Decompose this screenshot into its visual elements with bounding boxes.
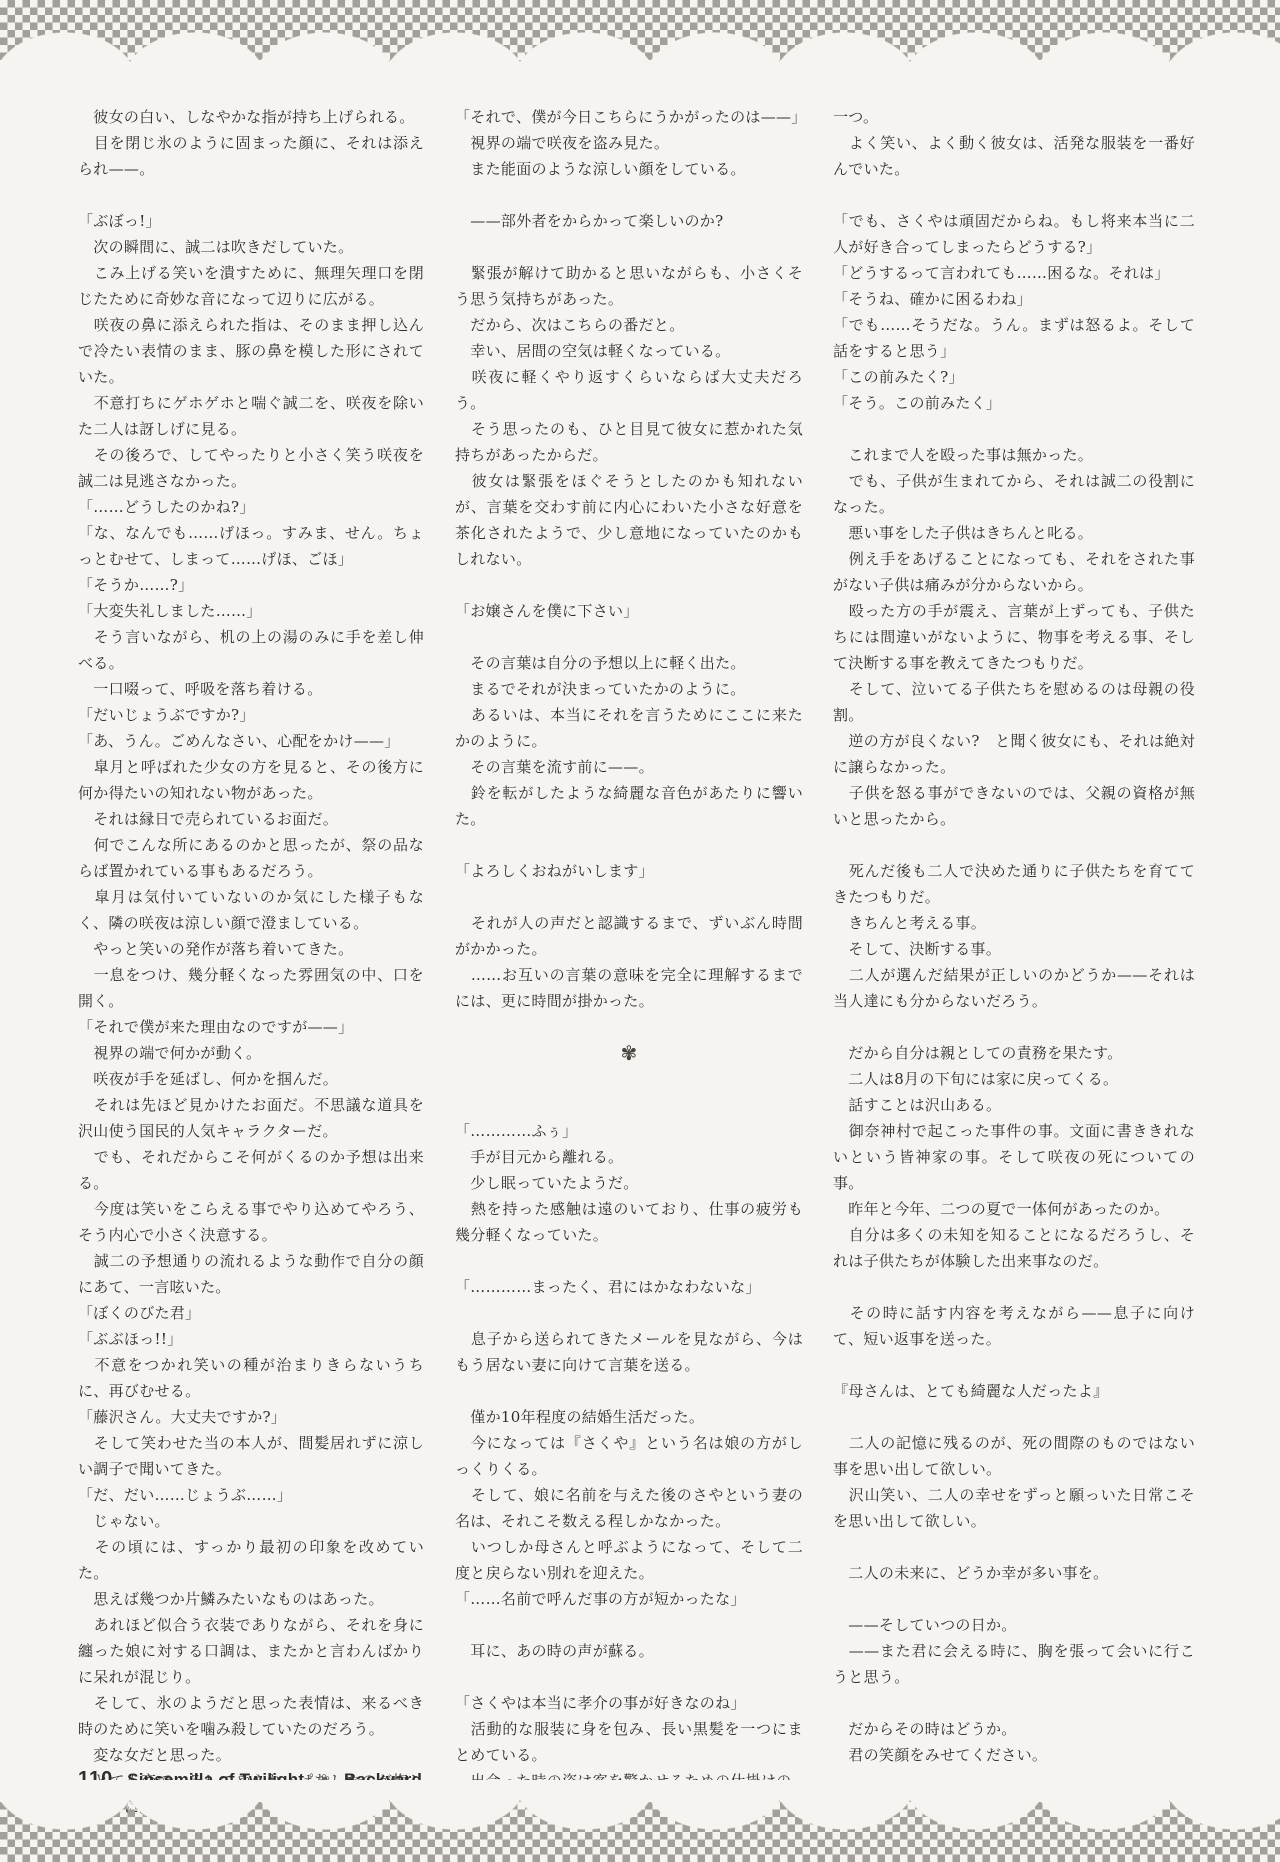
- paragraph: そして、泣いてる子供たちを慰めるのは母親の役割。: [833, 676, 1195, 728]
- paragraph: 「でも……そうだな。うん。まずは怒るよ。そして話をすると思う」: [833, 312, 1195, 364]
- paragraph: 殴った方の手が震え、言葉が上ずっても、子供たちには間違いがないように、物事を考え…: [833, 598, 1195, 676]
- paragraph: 思えば幾つか片鱗みたいなものはあった。: [78, 1586, 424, 1612]
- paragraph-gap: [833, 1352, 1195, 1378]
- paragraph: 「お嬢さんを僕に下さい」: [455, 598, 803, 624]
- paragraph: 緊張が解けて助かると思いながらも、小さくそう思う気持ちがあった。: [455, 260, 803, 312]
- paragraph: そして、娘に名前を与えた後のさやという妻の名は、それこそ数える程しかなかった。: [455, 1482, 803, 1534]
- paragraph: 視界の端で何かが動く。: [78, 1040, 424, 1066]
- paragraph-gap: [455, 234, 803, 260]
- paragraph: 「だいじょうぶですか?」: [78, 702, 424, 728]
- paragraph-gap: [455, 1612, 803, 1638]
- paragraph-gap: [833, 1534, 1195, 1560]
- paragraph-gap: [833, 1586, 1195, 1612]
- paragraph: その言葉を流す前に——。: [455, 754, 803, 780]
- paragraph-gap: [78, 182, 424, 208]
- paragraph: 「藤沢さん。大丈夫ですか?」: [78, 1404, 424, 1430]
- paragraph: 「…………まったく、君にはかなわないな」: [455, 1274, 803, 1300]
- paragraph: 「それで、僕が今日こちらにうかがったのは——」: [455, 104, 803, 130]
- paragraph: 熱を持った感触は遠のいており、仕事の疲労も幾分軽くなっていた。: [455, 1196, 803, 1248]
- paragraph: 一つ。: [833, 104, 1195, 130]
- paragraph: 変な女だと思った。: [78, 1742, 424, 1768]
- paragraph: そして笑わせた当の本人が、間髪居れずに涼しい調子で聞いてきた。: [78, 1430, 424, 1482]
- paragraph: 不意打ちにゲホゲホと喘ぐ誠二を、咲夜を除いた二人は訝しげに見る。: [78, 390, 424, 442]
- paragraph: 手が目元から離れる。: [455, 1144, 803, 1170]
- paragraph-gap: [455, 1378, 803, 1404]
- paragraph-gap: [833, 1404, 1195, 1430]
- paragraph-gap: [833, 1014, 1195, 1040]
- paragraph: その頃には、すっかり最初の印象を改めていた。: [78, 1534, 424, 1586]
- paragraph: 息子から送られてきたメールを見ながら、今はもう居ない妻に向けて言葉を送る。: [455, 1326, 803, 1378]
- paragraph: でも、子供が生まれてから、それは誠二の役割になった。: [833, 468, 1195, 520]
- paragraph: 咲夜が手を延ばし、何かを掴んだ。: [78, 1066, 424, 1092]
- paragraph: 何でこんな所にあるのかと思ったが、祭の品ならば置かれている事もあるだろう。: [78, 832, 424, 884]
- paragraph: 目を閉じ氷のように固まった顔に、それは添えられ——。: [78, 130, 424, 182]
- paragraph: 「さくやは本当に孝介の事が好きなのね」: [455, 1690, 803, 1716]
- paragraph: 「この前みたく?」: [833, 364, 1195, 390]
- paragraph: じゃない。: [78, 1508, 424, 1534]
- text-column-right: 一つ。 よく笑い、よく動く彼女は、活発な服装を一番好んでいた。「でも、さくやは頑…: [833, 104, 1195, 1768]
- paragraph: でも、それだからこそ何がくるのか予想は出来る。: [78, 1144, 424, 1196]
- paragraph: 死んだ後も二人で決めた通りに子供たちを育ててきたつもりだ。: [833, 858, 1195, 910]
- paragraph: ——また君に会える時に、胸を張って会いに行こうと思う。: [833, 1638, 1195, 1690]
- paragraph-gap: [455, 884, 803, 910]
- paragraph: 「どうするって言われても……困るな。それは」: [833, 260, 1195, 286]
- paragraph: 逆の方が良くない? と聞く彼女にも、それは絶対に譲らなかった。: [833, 728, 1195, 780]
- paragraph: いつしか母さんと呼ぶようになって、そして二度と戻らない別れを迎えた。: [455, 1534, 803, 1586]
- paragraph: 視界の端で咲夜を盗み見た。: [455, 130, 803, 156]
- paragraph: 「そうか……?」: [78, 572, 424, 598]
- paragraph: そう思ったのも、ひと目見て彼女に惹かれた気持ちがあったからだ。: [455, 416, 803, 468]
- paragraph: そう言いながら、机の上の湯のみに手を差し伸べる。: [78, 624, 424, 676]
- paragraph: 沢山笑い、二人の幸せをずっと願っいた日常こそを思い出して欲しい。: [833, 1482, 1195, 1534]
- paragraph-gap: [455, 1664, 803, 1690]
- text-column-middle: 「それで、僕が今日こちらにうかがったのは——」 視界の端で咲夜を盗み見た。 また…: [455, 104, 803, 1794]
- paragraph-gap: [455, 1092, 803, 1118]
- paragraph: 「大変失礼しました……」: [78, 598, 424, 624]
- lace-border-bottom: [0, 1796, 1280, 1862]
- paragraph: 「な、なんでも……げほっ。すみま、せん。ちょっとむせて、しまって……げほ、ごほ」: [78, 520, 424, 572]
- paragraph: 幸い、居間の空気は軽くなっている。: [455, 338, 803, 364]
- paragraph: 鈴を転がしたような綺麗な音色があたりに響いた。: [455, 780, 803, 832]
- paragraph: 二人の未来に、どうか幸が多い事を。: [833, 1560, 1195, 1586]
- paragraph: だから自分は親としての責務を果たす。: [833, 1040, 1195, 1066]
- paragraph: だから、次はこちらの番だと。: [455, 312, 803, 338]
- paragraph-gap: [455, 572, 803, 598]
- paragraph: きちんと考える事。: [833, 910, 1195, 936]
- paragraph: ——部外者をからかって楽しいのか?: [455, 208, 803, 234]
- paragraph: 二人は8月の下旬には家に戻ってくる。: [833, 1066, 1195, 1092]
- paragraph: 咲夜に軽くやり返すくらいならば大丈夫だろう。: [455, 364, 803, 416]
- paragraph: まるでそれが決まっていたかのように。: [455, 676, 803, 702]
- paragraph-gap: [455, 182, 803, 208]
- paragraph: やっと笑いの発作が落ち着いてきた。: [78, 936, 424, 962]
- paragraph: 耳に、あの時の声が蘇る。: [455, 1638, 803, 1664]
- paragraph: 少し眠っていたようだ。: [455, 1170, 803, 1196]
- paragraph: 一息をつけ、幾分軽くなった雰囲気の中、口を開く。: [78, 962, 424, 1014]
- paragraph: 皐月と呼ばれた少女の方を見ると、その後方に何か得たいの知れない物があった。: [78, 754, 424, 806]
- paragraph-gap: [455, 1248, 803, 1274]
- paragraph: 「そう。この前みたく」: [833, 390, 1195, 416]
- paragraph: 今度は笑いをこらえる事でやり込めてやろう、そう内心で小さく決意する。: [78, 1196, 424, 1248]
- paragraph: 御奈神村で起こった事件の事。文面に書ききれないという皆神家の事。そして咲夜の死に…: [833, 1118, 1195, 1196]
- paragraph: その言葉は自分の予想以上に軽く出た。: [455, 650, 803, 676]
- paragraph-gap: [455, 624, 803, 650]
- paragraph: そして、決断する事。: [833, 936, 1195, 962]
- paragraph: よく笑い、よく動く彼女は、活発な服装を一番好んでいた。: [833, 130, 1195, 182]
- paragraph: 君の笑顔をみせてください。: [833, 1742, 1195, 1768]
- paragraph: 「ぶぶほっ!!」: [78, 1326, 424, 1352]
- paragraph: 「……名前で呼んだ事の方が短かったな」: [455, 1586, 803, 1612]
- paragraph: 皐月は気付いていないのか気にした様子もなく、隣の咲夜は涼しい顔で澄ましている。: [78, 884, 424, 936]
- text-column-left: 彼女の白い、しなやかな指が持ち上げられる。 目を閉じ氷のように固まった顔に、それ…: [78, 104, 424, 1820]
- paragraph-gap: [455, 832, 803, 858]
- paragraph-gap: [833, 416, 1195, 442]
- paragraph: 不意をつかれ笑いの種が治まりきらないうちに、再びむせる。: [78, 1352, 424, 1404]
- paragraph: 自分は多くの未知を知ることになるだろうし、それは子供たちが体験した出来事なのだ。: [833, 1222, 1195, 1274]
- paragraph: 話すことは沢山ある。: [833, 1092, 1195, 1118]
- paragraph: あるいは、本当にそれを言うためにここに来たかのように。: [455, 702, 803, 754]
- paragraph: その時に話す内容を考えながら——息子に向けて、短い返事を送った。: [833, 1300, 1195, 1352]
- paragraph: そして、氷のようだと思った表情は、来るべき時のために笑いを噛み殺していたのだろう…: [78, 1690, 424, 1742]
- paragraph: 『母さんは、とても綺麗な人だったよ』: [833, 1378, 1195, 1404]
- paragraph: それは縁日で売られているお面だ。: [78, 806, 424, 832]
- paragraph: 「そうね、確かに困るわね」: [833, 286, 1195, 312]
- paragraph: 彼女は緊張をほぐそうとしたのかも知れないが、言葉を交わす前に内心にわいた小さな好…: [455, 468, 803, 572]
- paragraph: 「あ、うん。ごめんなさい、心配をかけ——」: [78, 728, 424, 754]
- paragraph-gap: [455, 1300, 803, 1326]
- paragraph: 「……どうしたのかね?」: [78, 494, 424, 520]
- paragraph: その後ろで、してやったりと小さく笑う咲夜を誠二は見逃さなかった。: [78, 442, 424, 494]
- paragraph: ——そしていつの日か。: [833, 1612, 1195, 1638]
- paragraph: 今になっては『さくや』という名は娘の方がしっくりくる。: [455, 1430, 803, 1482]
- paragraph: これまで人を殴った事は無かった。: [833, 442, 1195, 468]
- paragraph: 子供を怒る事ができないのでは、父親の資格が無いと思ったから。: [833, 780, 1195, 832]
- paragraph: 咲夜の鼻に添えられた指は、そのまま押し込んで冷たい表情のまま、豚の鼻を模した形に…: [78, 312, 424, 390]
- paragraph: 「でも、さくやは頑固だからね。もし将来本当に二人が好き合ってしまったらどうする?…: [833, 208, 1195, 260]
- lace-border-top: [0, 0, 1280, 66]
- paragraph: 一口啜って、呼吸を落ち着ける。: [78, 676, 424, 702]
- paragraph: 昨年と今年、二つの夏で一体何があったのか。: [833, 1196, 1195, 1222]
- paragraph: 次の瞬間に、誠二は吹きだしていた。: [78, 234, 424, 260]
- paragraph-gap: [833, 1690, 1195, 1716]
- paragraph: あれほど似合う衣装でありながら、それを身に纏った娘に対する口調は、またかと言わん…: [78, 1612, 424, 1690]
- paragraph: 誠二の予想通りの流れるような動作で自分の顔にあて、一言呟いた。: [78, 1248, 424, 1300]
- paragraph: 二人の記憶に残るのが、死の間際のものではない事を思い出して欲しい。: [833, 1430, 1195, 1482]
- paragraph: それは先ほど見かけたお面だ。不思議な道具を沢山使う国民的人気キャラクターだ。: [78, 1092, 424, 1144]
- paragraph: 二人が選んだ結果が正しいのかどうか——それは当人達にも分からないだろう。: [833, 962, 1195, 1014]
- paragraph-gap: [455, 1014, 803, 1040]
- paragraph: だからその時はどうか。: [833, 1716, 1195, 1742]
- paragraph: 「ぼくのびた君」: [78, 1300, 424, 1326]
- paragraph-gap: [833, 1274, 1195, 1300]
- paragraph: それが人の声だと認識するまで、ずいぶん時間がかかった。: [455, 910, 803, 962]
- paragraph: 「だ、だい……じょうぶ……」: [78, 1482, 424, 1508]
- paragraph-gap: [833, 832, 1195, 858]
- paragraph: 僅か10年程度の結婚生活だった。: [455, 1404, 803, 1430]
- paragraph: ……お互いの言葉の意味を完全に理解するまでには、更に時間が掛かった。: [455, 962, 803, 1014]
- paragraph: また能面のような涼しい顔をしている。: [455, 156, 803, 182]
- paragraph: 例え手をあげることになっても、それをされた事がない子供は痛みが分からないから。: [833, 546, 1195, 598]
- paragraph: 彼女の白い、しなやかな指が持ち上げられる。: [78, 104, 424, 130]
- paragraph: 活動的な服装に身を包み、長い黒髪を一つにまとめている。: [455, 1716, 803, 1768]
- paragraph: 「それで僕が来た理由なのですが——」: [78, 1014, 424, 1040]
- paragraph: 「…………ふぅ」: [455, 1118, 803, 1144]
- paragraph: こみ上げる笑いを潰すために、無理矢理口を閉じたために奇妙な音になって辺りに広がる…: [78, 260, 424, 312]
- paragraph: 「ぶぼっ!」: [78, 208, 424, 234]
- paragraph: 「よろしくおねがいします」: [455, 858, 803, 884]
- paragraph-gap: [455, 1066, 803, 1092]
- paragraph-gap: [833, 182, 1195, 208]
- paragraph: 悪い事をした子供はきちんと叱る。: [833, 520, 1195, 546]
- section-divider-ornament: ✾: [455, 1040, 803, 1066]
